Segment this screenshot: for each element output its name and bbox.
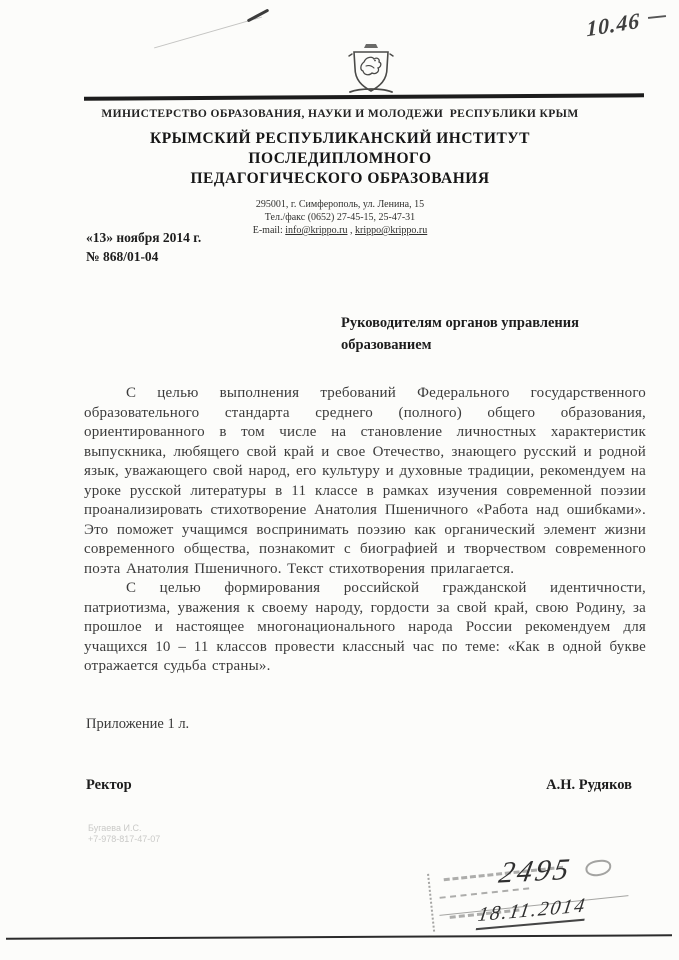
institute-name-line1: КРЫМСКИЙ РЕСПУБЛИКАНСКИЙ ИНСТИТУТ ПОСЛЕД…: [60, 129, 620, 169]
ministry-name: МИНИСТЕРСТВО ОБРАЗОВАНИЯ, НАУКИ И МОЛОДЕ…: [60, 108, 620, 120]
handwritten-top-note: 10.46: [586, 8, 640, 43]
letterhead: МИНИСТЕРСТВО ОБРАЗОВАНИЯ, НАУКИ И МОЛОДЕ…: [60, 108, 620, 237]
addressee-line1: Руководителям органов управления: [341, 312, 641, 334]
signature-row: Ректор А.Н. Рудяков: [86, 777, 632, 794]
stamp-handwritten-date: 18.11.2014: [476, 894, 588, 930]
stamp-handwritten-number: 2495: [496, 853, 575, 891]
stamp-ink-scribble: [585, 859, 613, 878]
crimea-coat-of-arms-icon: [342, 42, 400, 98]
letter-date: «13» ноября 2014 г.: [86, 228, 201, 247]
pen-scratch-mark: [247, 9, 270, 23]
header-divider-rule: [84, 93, 644, 100]
email-link-2: krippo@krippo.ru: [355, 225, 427, 236]
email-link-1: info@krippo.ru: [285, 225, 347, 236]
stamp-border-fragment: [427, 874, 436, 932]
email-label: E-mail:: [253, 225, 286, 236]
addressee-line2: образованием: [341, 334, 641, 356]
phone-fax: Тел./факс (0652) 27-45-15, 25-47-31: [60, 211, 620, 224]
body-paragraph-2: С целью формирования российской гражданс…: [84, 579, 646, 677]
executor-phone: +7-978-817-47-07: [88, 834, 160, 845]
letter-number: № 868/01-04: [86, 247, 201, 266]
institute-name-line2: ПЕДАГОГИЧЕСКОГО ОБРАЗОВАНИЯ: [60, 169, 620, 189]
pencil-scratch-mark: [154, 17, 262, 49]
letter-meta: «13» ноября 2014 г. № 868/01-04: [86, 228, 201, 266]
postal-address: 295001, г. Симферополь, ул. Ленина, 15: [60, 198, 620, 211]
registration-stamp: 2495 18.11.2014: [435, 849, 651, 943]
letter-body: С целью выполнения требований Федерально…: [84, 384, 646, 677]
executor-name: Бугаева И.С.: [88, 823, 160, 834]
signer-title: Ректор: [86, 777, 132, 794]
executor-info: Бугаева И.С. +7-978-817-47-07: [88, 823, 160, 845]
corner-ink-dash: [648, 15, 666, 19]
email-separator: ,: [348, 225, 356, 236]
bottom-scan-line: [6, 934, 672, 939]
addressee-block: Руководителям органов управления образов…: [341, 312, 641, 356]
signer-name: А.Н. Рудяков: [546, 777, 632, 794]
scanned-letter-page: 10.46 МИНИСТЕРСТВО ОБРАЗОВАНИЯ, НАУКИ И …: [0, 0, 679, 960]
attachment-note: Приложение 1 л.: [86, 716, 189, 733]
body-paragraph-1: С целью выполнения требований Федерально…: [84, 384, 646, 579]
institute-name: КРЫМСКИЙ РЕСПУБЛИКАНСКИЙ ИНСТИТУТ ПОСЛЕД…: [60, 129, 620, 189]
